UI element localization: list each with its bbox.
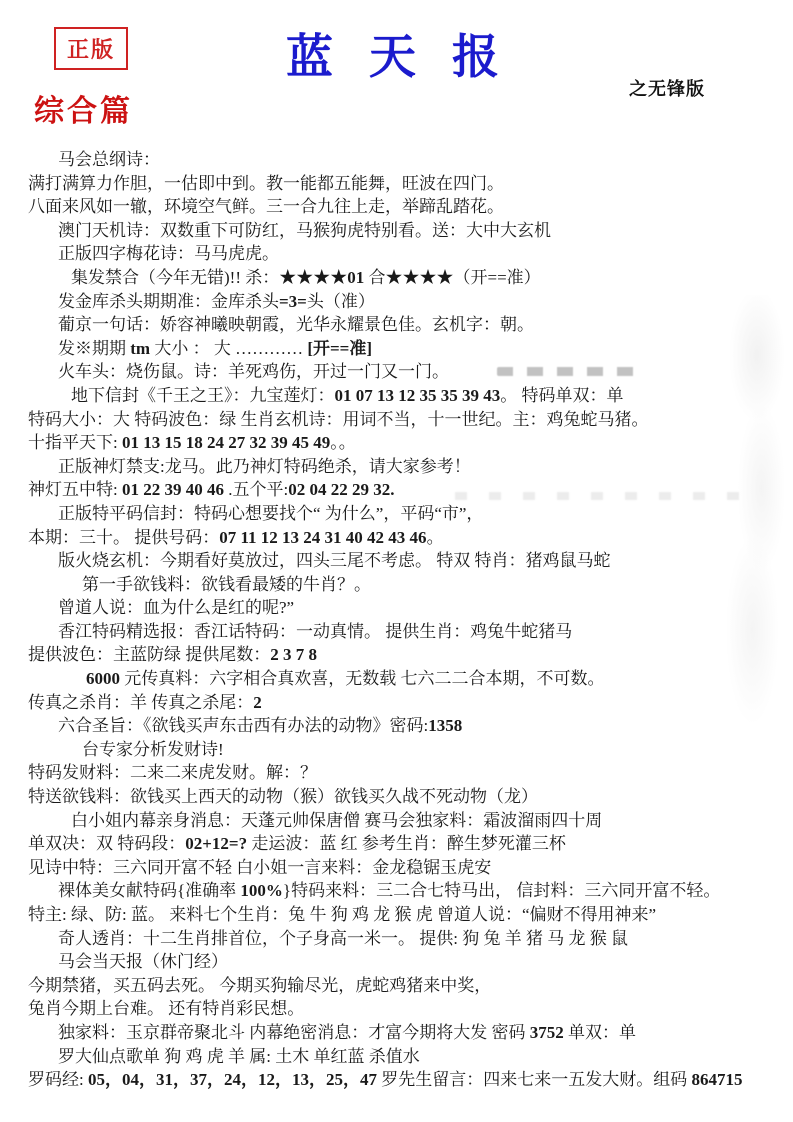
scan-smudge bbox=[497, 367, 642, 376]
line-text: 十指平天下: bbox=[28, 433, 122, 452]
line-text: 见诗中特：三六同开富不轻 白小姐一言来料：金龙稳锯玉虎安 bbox=[28, 858, 491, 877]
document-line: 传真之杀肖：羊 传真之杀尾：2 bbox=[0, 691, 793, 715]
document-line: 集发禁合（今年无错)!! 杀：★★★★01 合★★★★（开==准） bbox=[0, 266, 793, 290]
line-text: 罗大仙点歌单 狗 鸡 虎 羊 属: 土木 单红蓝 杀值水 bbox=[58, 1047, 420, 1066]
line-text: 。。 bbox=[330, 433, 356, 452]
line-text: 发金库杀头期期准：金库杀头 bbox=[58, 292, 279, 311]
line-text: 罗先生留言：四来七来一五发大财。组码 bbox=[377, 1070, 692, 1089]
document-line: 特码大小：大 特码波色：绿 生肖玄机诗：用词不当，十一世纪。主：鸡兔蛇马猪。 bbox=[0, 408, 793, 432]
line-number-text: =3= bbox=[279, 292, 307, 311]
document-line: 今期禁猪，买五码去死。 今期买狗输尽光，虎蛇鸡猪来中奖， bbox=[0, 974, 793, 998]
line-text: 特码发财料：二来二来虎发财。解：？ bbox=[28, 763, 317, 782]
line-text: 马会总纲诗： bbox=[58, 150, 160, 169]
line-number-text: 6000 bbox=[86, 669, 120, 688]
line-text: 澳门天机诗：双数重下可防红，马猴狗虎特别看。送：大中大玄机 bbox=[58, 221, 551, 240]
document-line: 火车头：烧伤鼠。诗：羊死鸡伤，开过一门又一门。 bbox=[0, 360, 793, 384]
line-text: 罗码经: bbox=[28, 1070, 88, 1089]
line-text: 满打满算力作胆，一估即中到。教一能都五能舞，旺波在四门。 bbox=[28, 174, 504, 193]
document-line: 版火烧玄机：今期看好莫放过，四头三尾不考虑。 特双 特肖：猪鸡鼠马蛇 bbox=[0, 549, 793, 573]
line-text: 神灯五中特: bbox=[28, 480, 122, 499]
line-number-text: [开==准] bbox=[307, 339, 372, 358]
line-text: 奇人透肖：十二生肖排首位，个子身高一米一。 提供: 狗 兔 羊 猪 马 龙 猴 … bbox=[58, 929, 628, 948]
line-number-text: 01 22 39 40 46 bbox=[122, 480, 224, 499]
line-text: 台专家分析发财诗! bbox=[82, 740, 224, 759]
document-line: 提供波色：主蓝防绿 提供尾数：2 3 7 8 bbox=[0, 643, 793, 667]
document-line: 正版神灯禁支:龙马。此乃神灯特码绝杀，请大家参考！ bbox=[0, 455, 793, 479]
line-text: 正版四字梅花诗：马马虎虎。 bbox=[58, 244, 279, 263]
line-text: 单双：单 bbox=[564, 1023, 636, 1042]
line-text: 元传真料：六字相合真欢喜，无数载 七六二二合本期，不可数。 bbox=[120, 669, 605, 688]
document-line: 正版四字梅花诗：马马虎虎。 bbox=[0, 242, 793, 266]
line-text: 版火烧玄机：今期看好莫放过，四头三尾不考虑。 特双 特肖：猪鸡鼠马蛇 bbox=[58, 551, 611, 570]
document-line: 独家料：玉京群帝聚北斗 内幕绝密消息：才富今期将大发 密码 3752 单双：单 bbox=[0, 1021, 793, 1045]
document-line: 第一手欲钱料：欲钱看最矮的牛肖？。 bbox=[0, 573, 793, 597]
line-text: 本期：三十。 提供号码： bbox=[28, 528, 219, 547]
document-line: 台专家分析发财诗! bbox=[0, 738, 793, 762]
line-number-text: 3752 bbox=[530, 1023, 564, 1042]
document-line: 地下信封《千王之王》：九宝莲灯：01 07 13 12 35 35 39 43。… bbox=[0, 384, 793, 408]
line-text: 走运波：蓝 红 参考生肖：醉生梦死灌三杯 bbox=[247, 834, 566, 853]
document-line: 白小姐内幕亲身消息：天蓬元帅保唐僧 赛马会独家料：霜波溜雨四十周 bbox=[0, 809, 793, 833]
line-number-text: 01 07 13 12 35 35 39 43 bbox=[335, 386, 501, 405]
line-text: 六合圣旨：《欲钱买声东击西有办法的动物》密码: bbox=[58, 716, 428, 735]
line-text: 传真之杀肖：羊 传真之杀尾： bbox=[28, 693, 253, 712]
line-number-text: 100% bbox=[240, 881, 283, 900]
line-text: 正版神灯禁支:龙马。此乃神灯特码绝杀，请大家参考！ bbox=[58, 457, 471, 476]
line-text: 特送欲钱料：欲钱买上西天的动物（猴）欲钱买久战不死动物（龙） bbox=[28, 787, 538, 806]
document-line: 马会当天报（休门经） bbox=[0, 950, 793, 974]
authentic-stamp: 正版 bbox=[54, 27, 128, 70]
newspaper-page: 正版 蓝天报 之无锋版 综合篇 马会总纲诗：满打满算力作胆，一估即中到。教一能都… bbox=[0, 0, 793, 1122]
document-line: 特送欲钱料：欲钱买上西天的动物（猴）欲钱买久战不死动物（龙） bbox=[0, 785, 793, 809]
line-text: 独家料：玉京群帝聚北斗 内幕绝密消息：才富今期将大发 密码 bbox=[58, 1023, 530, 1042]
line-text: 今期禁猪，买五码去死。 今期买狗输尽光，虎蛇鸡猪来中奖， bbox=[28, 976, 491, 995]
document-line: 特码发财料：二来二来虎发财。解：？ bbox=[0, 761, 793, 785]
document-line: 满打满算力作胆，一估即中到。教一能都五能舞，旺波在四门。 bbox=[0, 172, 793, 196]
line-text: 曾道人说：血为什么是红的呢?” bbox=[58, 598, 294, 617]
line-text: 白小姐内幕亲身消息：天蓬元帅保唐僧 赛马会独家料：霜波溜雨四十周 bbox=[71, 811, 602, 830]
line-number-text: 2 bbox=[253, 693, 262, 712]
document-line: 裸体美女献特码{准确率 100%}特码来料：三二合七特马出， 信封料：三六同开富… bbox=[0, 879, 793, 903]
line-text: 特主: 绿、防: 蓝。 来料七个生肖：兔 牛 狗 鸡 龙 猴 虎 曾道人说：“偏… bbox=[28, 905, 656, 924]
line-text: 马会当天报（休门经） bbox=[58, 952, 228, 971]
scan-smudge bbox=[455, 492, 755, 500]
document-line: 罗码经: 05，04，31，37，24，12，13，25，47 罗先生留言：四来… bbox=[0, 1068, 793, 1092]
document-line: 八面来风如一辙，环境空气鲜。三一合九往上走，举蹄乱踏花。 bbox=[0, 195, 793, 219]
line-number-text: 1358 bbox=[428, 716, 462, 735]
document-line: 发※期期 tm 大小 ： 大 ………… [开==准] bbox=[0, 337, 793, 361]
line-number-text: 01 13 15 18 24 27 32 39 45 49 bbox=[122, 433, 330, 452]
edition-label: 之无锋版 bbox=[629, 75, 705, 101]
line-number-text: 01 bbox=[347, 268, 364, 287]
line-text: 兔肖今期上台难。 还有特肖彩民想。 bbox=[28, 999, 304, 1018]
document-line: 六合圣旨：《欲钱买声东击西有办法的动物》密码:1358 bbox=[0, 714, 793, 738]
line-text: 提供波色：主蓝防绿 提供尾数： bbox=[28, 645, 270, 664]
line-text: 裸体美女献特码{准确率 bbox=[58, 881, 240, 900]
line-text: 。 特码单双：单 bbox=[500, 386, 623, 405]
document-lines: 马会总纲诗：满打满算力作胆，一估即中到。教一能都五能舞，旺波在四门。八面来风如一… bbox=[0, 148, 793, 1092]
document-line: 正版特平码信封：特码心想要找个“ 为什么”，平码“市”， bbox=[0, 502, 793, 526]
line-text: }特码来料：三二合七特马出， 信封料：三六同开富不轻。 bbox=[283, 881, 720, 900]
line-text: 八面来风如一辙，环境空气鲜。三一合九往上走，举蹄乱踏花。 bbox=[28, 197, 504, 216]
document-line: 罗大仙点歌单 狗 鸡 虎 羊 属: 土木 单红蓝 杀值水 bbox=[0, 1045, 793, 1069]
line-text: 大小 ： 大 ………… bbox=[150, 339, 307, 358]
document-line: 奇人透肖：十二生肖排首位，个子身高一米一。 提供: 狗 兔 羊 猪 马 龙 猴 … bbox=[0, 927, 793, 951]
line-text: 正版特平码信封：特码心想要找个“ 为什么”，平码“市”， bbox=[58, 504, 483, 523]
document-line: 马会总纲诗： bbox=[0, 148, 793, 172]
document-line: 曾道人说：血为什么是红的呢?” bbox=[0, 596, 793, 620]
line-number-text: 864715 bbox=[691, 1070, 742, 1089]
document-line: 兔肖今期上台难。 还有特肖彩民想。 bbox=[0, 997, 793, 1021]
section-title: 综合篇 bbox=[34, 86, 133, 130]
document-line: 十指平天下: 01 13 15 18 24 27 32 39 45 49。。 bbox=[0, 431, 793, 455]
line-text: 集发禁合（今年无错)!! 杀：★★★★ bbox=[71, 268, 347, 287]
document-line: 本期：三十。 提供号码：07 11 12 13 24 31 40 42 43 4… bbox=[0, 526, 793, 550]
line-text: 头（准） bbox=[307, 292, 375, 311]
line-text: 地下信封《千王之王》：九宝莲灯： bbox=[71, 386, 335, 405]
line-text: 特码大小：大 特码波色：绿 生肖玄机诗：用词不当，十一世纪。主：鸡兔蛇马猪。 bbox=[28, 410, 649, 429]
line-text: .五个平: bbox=[224, 480, 288, 499]
line-text: 发※期期 bbox=[58, 339, 130, 358]
line-text: 香江特码精选报：香江话特码：一动真情。 提供生肖：鸡兔牛蛇猪马 bbox=[58, 622, 572, 641]
document-line: 澳门天机诗：双数重下可防红，马猴狗虎特别看。送：大中大玄机 bbox=[0, 219, 793, 243]
line-text: 合★★★★（开==准） bbox=[364, 268, 540, 287]
line-number-text: 07 11 12 13 24 31 40 42 43 46 bbox=[219, 528, 426, 547]
document-line: 发金库杀头期期准：金库杀头=3=头（准） bbox=[0, 290, 793, 314]
line-number-text: 02+12=? bbox=[185, 834, 247, 853]
line-number-text: 02 04 22 29 32. bbox=[288, 480, 394, 499]
document-line: 6000 元传真料：六字相合真欢喜，无数载 七六二二合本期，不可数。 bbox=[0, 667, 793, 691]
document-line: 见诗中特：三六同开富不轻 白小姐一言来料：金龙稳锯玉虎安 bbox=[0, 856, 793, 880]
line-text: 。 bbox=[427, 528, 444, 547]
line-text: 葡京一句话：娇容神曦映朝霞，光华永耀景色佳。玄机字：朝。 bbox=[58, 315, 534, 334]
paper-title: 蓝天报 bbox=[286, 20, 535, 87]
document-line: 葡京一句话：娇容神曦映朝霞，光华永耀景色佳。玄机字：朝。 bbox=[0, 313, 793, 337]
document-line: 特主: 绿、防: 蓝。 来料七个生肖：兔 牛 狗 鸡 龙 猴 虎 曾道人说：“偏… bbox=[0, 903, 793, 927]
document-line: 单双决：双 特码段：02+12=? 走运波：蓝 红 参考生肖：醉生梦死灌三杯 bbox=[0, 832, 793, 856]
line-text: 第一手欲钱料：欲钱看最矮的牛肖？。 bbox=[82, 575, 371, 594]
line-number-text: tm bbox=[130, 339, 150, 358]
document-line: 香江特码精选报：香江话特码：一动真情。 提供生肖：鸡兔牛蛇猪马 bbox=[0, 620, 793, 644]
line-number-text: 2 3 7 8 bbox=[270, 645, 317, 664]
line-number-text: 05，04，31，37，24，12，13，25，47 bbox=[88, 1070, 377, 1089]
line-text: 火车头：烧伤鼠。诗：羊死鸡伤，开过一门又一门。 bbox=[58, 362, 449, 381]
line-text: 单双决：双 特码段： bbox=[28, 834, 185, 853]
